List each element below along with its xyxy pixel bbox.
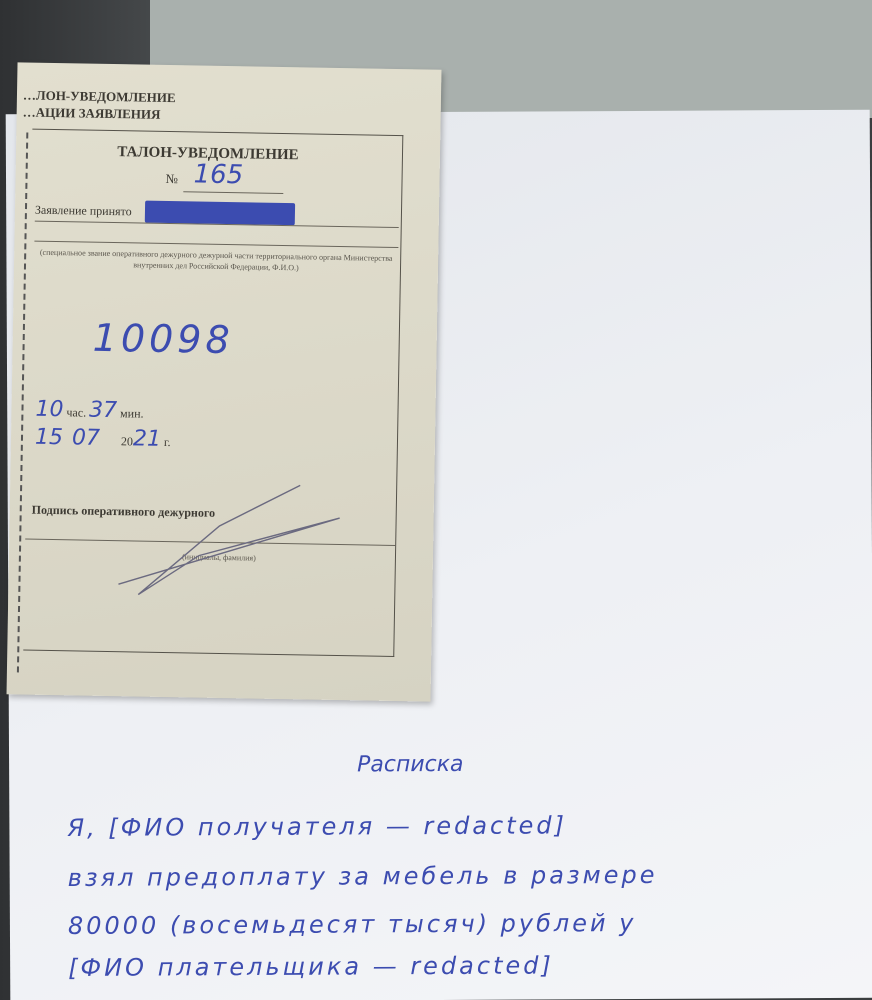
number-label: № bbox=[165, 171, 178, 187]
note-line-3: 80000 (восемьдесят тысяч) рублей у bbox=[68, 909, 637, 940]
note-title: Расписка bbox=[357, 752, 464, 778]
accepted-by-redacted bbox=[145, 201, 295, 226]
note-line-1: Я, [ФИО получателя — redacted] bbox=[67, 811, 567, 842]
note-line-4: [ФИО плательщика — redacted] bbox=[68, 951, 554, 982]
officer-signature bbox=[78, 474, 381, 629]
accepted-label: Заявление принято bbox=[35, 203, 132, 220]
time-row: 10 час. 37 мин. bbox=[35, 397, 144, 424]
note-line-2: взял предоплату за мебель в размере bbox=[68, 861, 658, 892]
stub-number: 165 bbox=[193, 159, 243, 190]
police-notification-stub: …ЛОН-УВЕДОМЛЕНИЕ …АЦИИ ЗАЯВЛЕНИЯ ТАЛОН-У… bbox=[7, 62, 442, 701]
stub-header: …ЛОН-УВЕДОМЛЕНИЕ …АЦИИ ЗАЯВЛЕНИЯ bbox=[23, 86, 176, 123]
date-row: 15 07 2021 г. bbox=[35, 425, 171, 452]
registration-number: 10098 bbox=[92, 316, 234, 362]
